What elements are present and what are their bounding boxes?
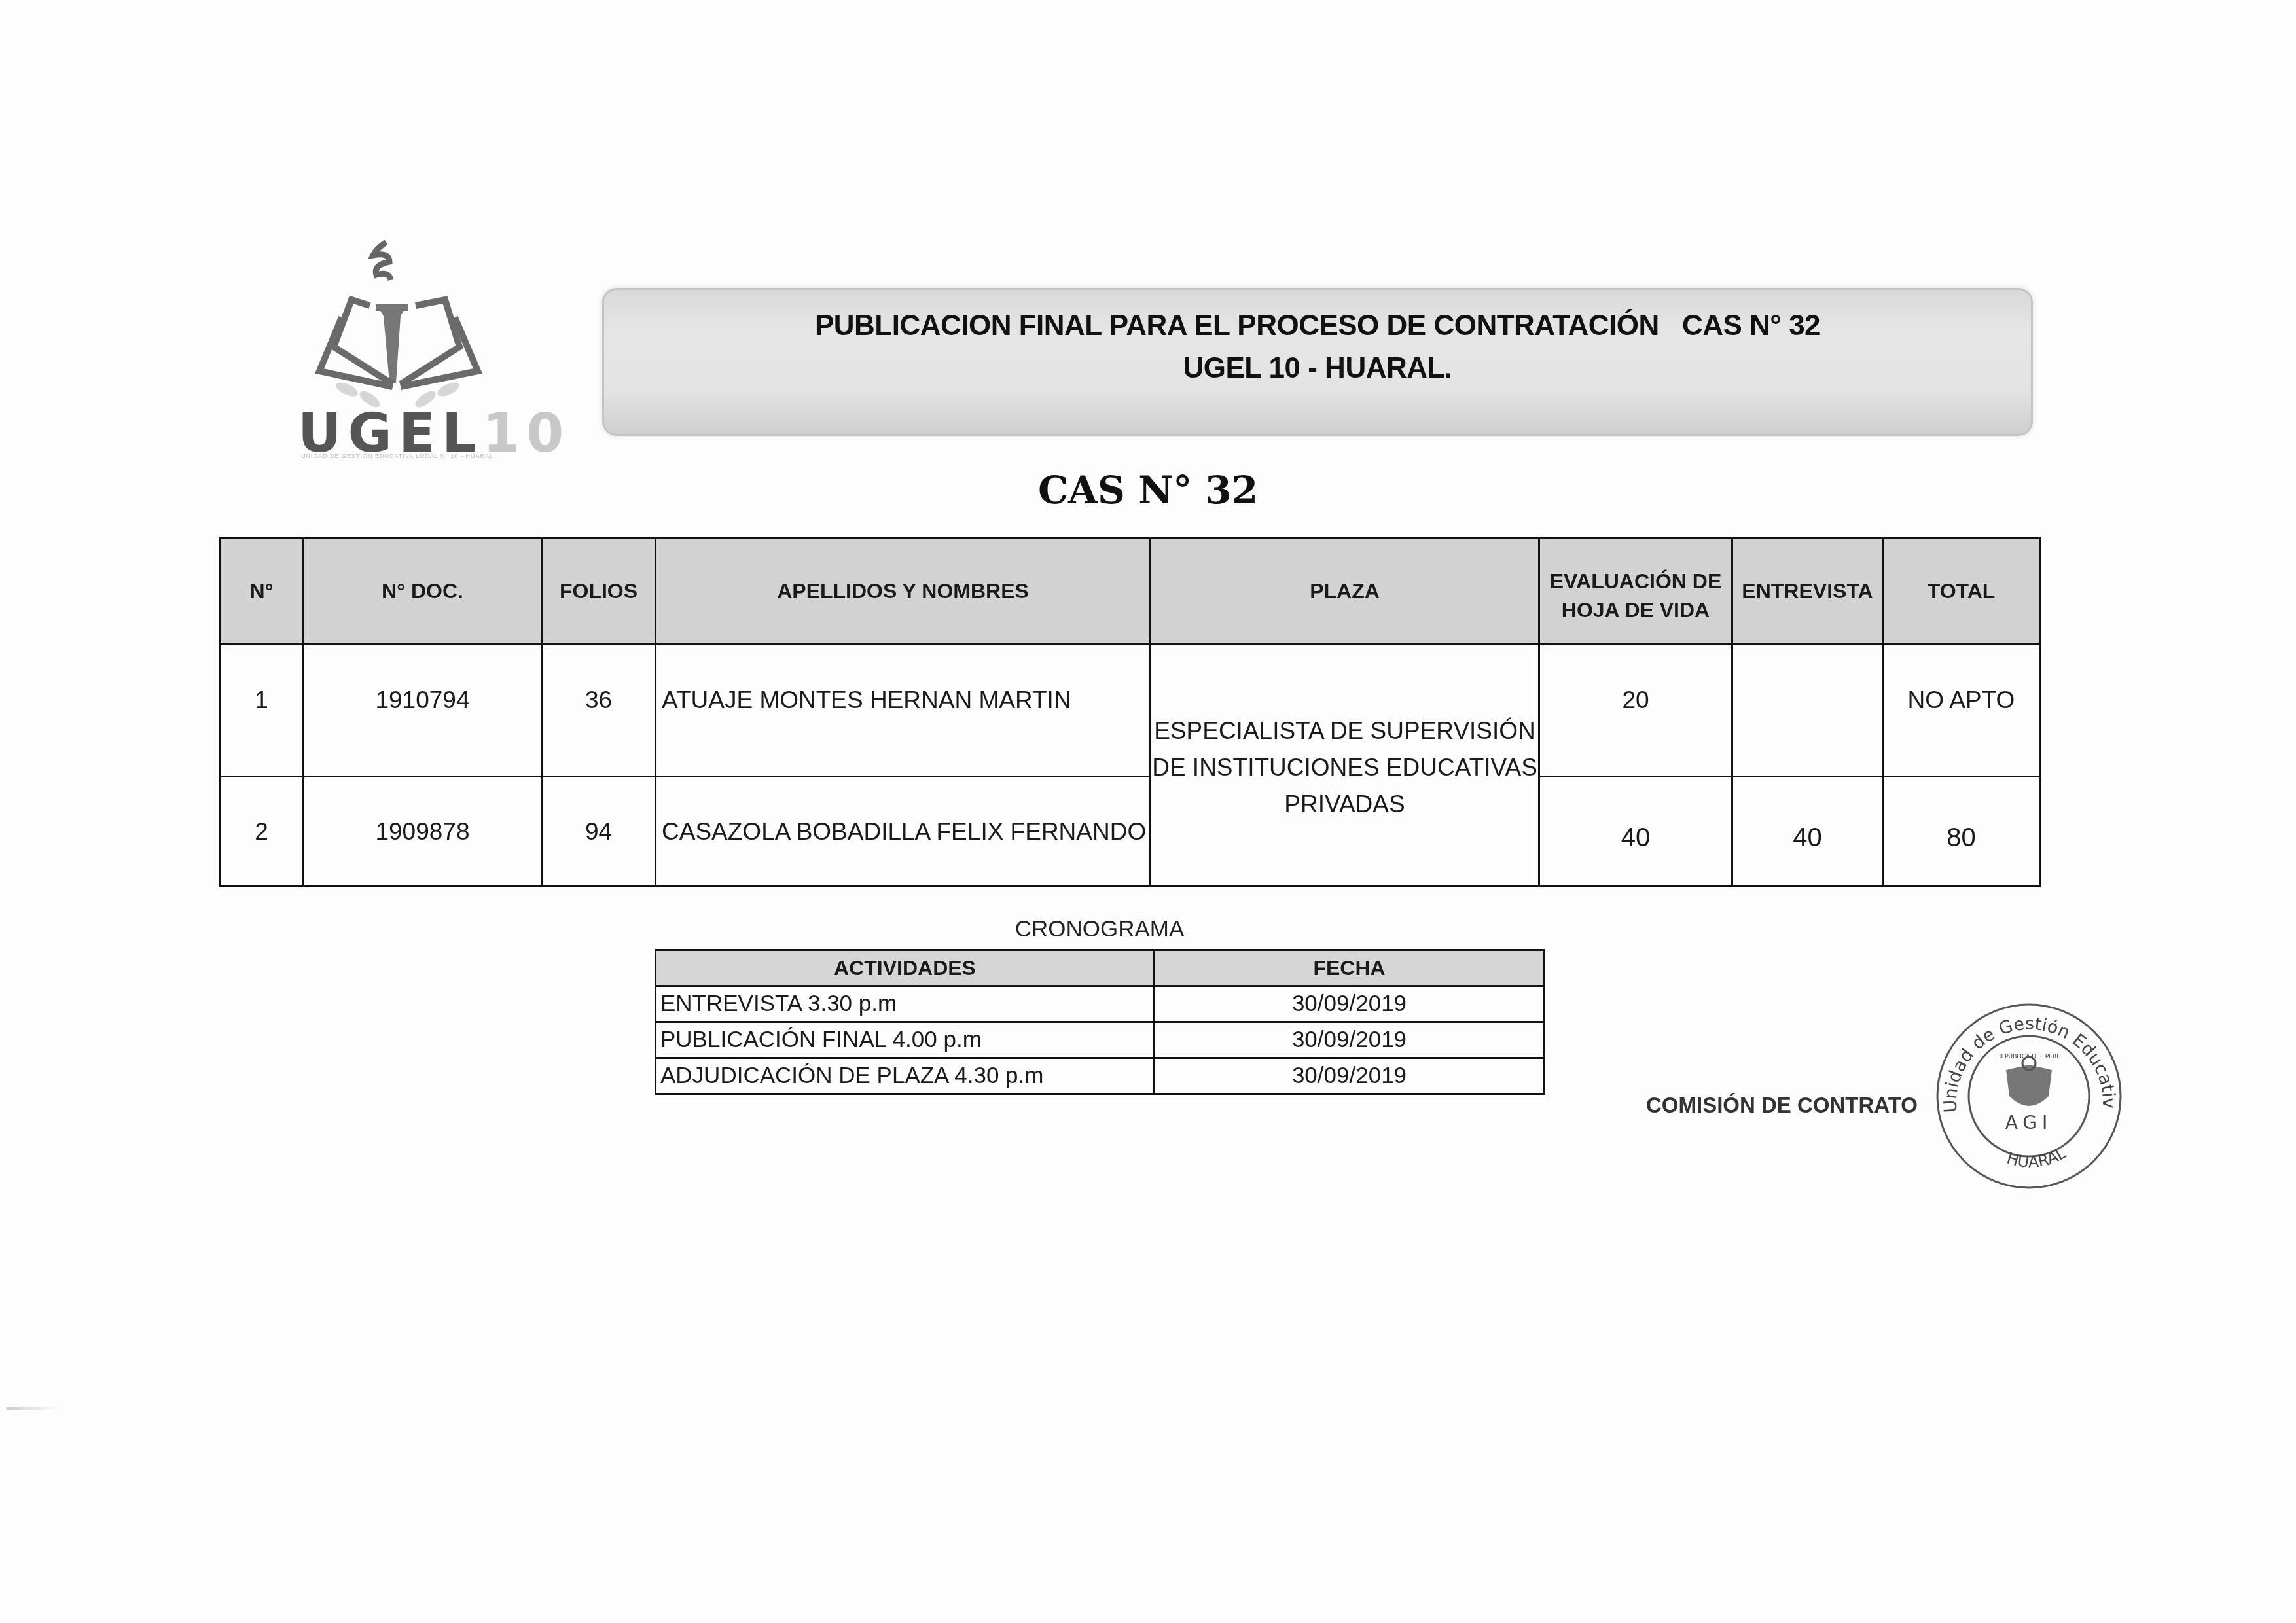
- table-row: 2 1909878 94 CASAZOLA BOBADILLA FELIX FE…: [220, 777, 2040, 887]
- cell-total: NO APTO: [1883, 644, 2040, 777]
- svg-text:HUARAL: HUARAL: [2005, 1143, 2070, 1171]
- col-header-name: APELLIDOS Y NOMBRES: [656, 538, 1151, 644]
- schedule-header-row: ACTIVIDADES FECHA: [656, 950, 1545, 986]
- cell-doc: 1909878: [304, 777, 542, 887]
- cell-folios: 36: [542, 644, 656, 777]
- schedule-row: PUBLICACIÓN FINAL 4.00 p.m 30/09/2019: [656, 1022, 1545, 1058]
- col-header-cv-evaluation: EVALUACIÓN DE HOJA DE VIDA: [1539, 538, 1732, 644]
- results-table: N° N° DOC. FOLIOS APELLIDOS Y NOMBRES PL…: [219, 537, 2041, 887]
- schedule-title: CRONOGRAMA: [655, 916, 1545, 942]
- col-header-activities: ACTIVIDADES: [656, 950, 1155, 986]
- cell-doc: 1910794: [304, 644, 542, 777]
- schedule-date: 30/09/2019: [1155, 1022, 1545, 1058]
- col-header-date: FECHA: [1155, 950, 1545, 986]
- commission-signature-label: COMISIÓN DE CONTRATO: [1646, 1093, 1918, 1118]
- schedule-table: ACTIVIDADES FECHA ENTREVISTA 3.30 p.m 30…: [655, 949, 1545, 1095]
- table-header-row: N° N° DOC. FOLIOS APELLIDOS Y NOMBRES PL…: [220, 538, 2040, 644]
- col-header-interview: ENTREVISTA: [1732, 538, 1883, 644]
- title-banner: PUBLICACION FINAL PARA EL PROCESO DE CON…: [602, 288, 2033, 436]
- cell-folios: 94: [542, 777, 656, 887]
- col-header-doc: N° DOC.: [304, 538, 542, 644]
- table-row: 1 1910794 36 ATUAJE MONTES HERNAN MARTIN…: [220, 644, 2040, 777]
- cell-name: CASAZOLA BOBADILLA FELIX FERNANDO: [656, 777, 1151, 887]
- cell-name: ATUAJE MONTES HERNAN MARTIN: [656, 644, 1151, 777]
- col-header-folios: FOLIOS: [542, 538, 656, 644]
- schedule-date: 30/09/2019: [1155, 1058, 1545, 1094]
- svg-text:AGI: AGI: [2005, 1112, 2053, 1133]
- schedule-row: ADJUDICACIÓN DE PLAZA 4.30 p.m 30/09/201…: [656, 1058, 1545, 1094]
- page-heading: CAS N° 32: [0, 468, 2296, 512]
- cell-plaza: ESPECIALISTA DE SUPERVISIÓN DE INSTITUCI…: [1151, 644, 1539, 887]
- banner-subtitle: UGEL 10 - HUARAL.: [604, 352, 2031, 385]
- col-header-plaza: PLAZA: [1151, 538, 1539, 644]
- cell-cv-evaluation: 40: [1539, 777, 1732, 887]
- scan-artifact: [7, 1407, 59, 1410]
- cell-number: 1: [220, 644, 304, 777]
- official-seal-icon: Unidad de Gestión Educativa Local N° 10 …: [1931, 998, 2127, 1194]
- schedule-activity: PUBLICACIÓN FINAL 4.00 p.m: [656, 1022, 1155, 1058]
- cell-interview: 40: [1732, 777, 1883, 887]
- logo-subtitle: UNIDAD DE GESTIÓN EDUCATIVA LOCAL N° 10 …: [301, 453, 493, 459]
- banner-title: PUBLICACION FINAL PARA EL PROCESO DE CON…: [604, 310, 2031, 342]
- cell-total: 80: [1883, 777, 2040, 887]
- cell-interview: [1732, 644, 1883, 777]
- schedule-activity: ENTREVISTA 3.30 p.m: [656, 986, 1155, 1022]
- schedule-activity: ADJUDICACIÓN DE PLAZA 4.30 p.m: [656, 1058, 1155, 1094]
- cell-cv-evaluation: 20: [1539, 644, 1732, 777]
- col-header-total: TOTAL: [1883, 538, 2040, 644]
- schedule-row: ENTREVISTA 3.30 p.m 30/09/2019: [656, 986, 1545, 1022]
- schedule-date: 30/09/2019: [1155, 986, 1545, 1022]
- col-header-number: N°: [220, 538, 304, 644]
- cell-number: 2: [220, 777, 304, 887]
